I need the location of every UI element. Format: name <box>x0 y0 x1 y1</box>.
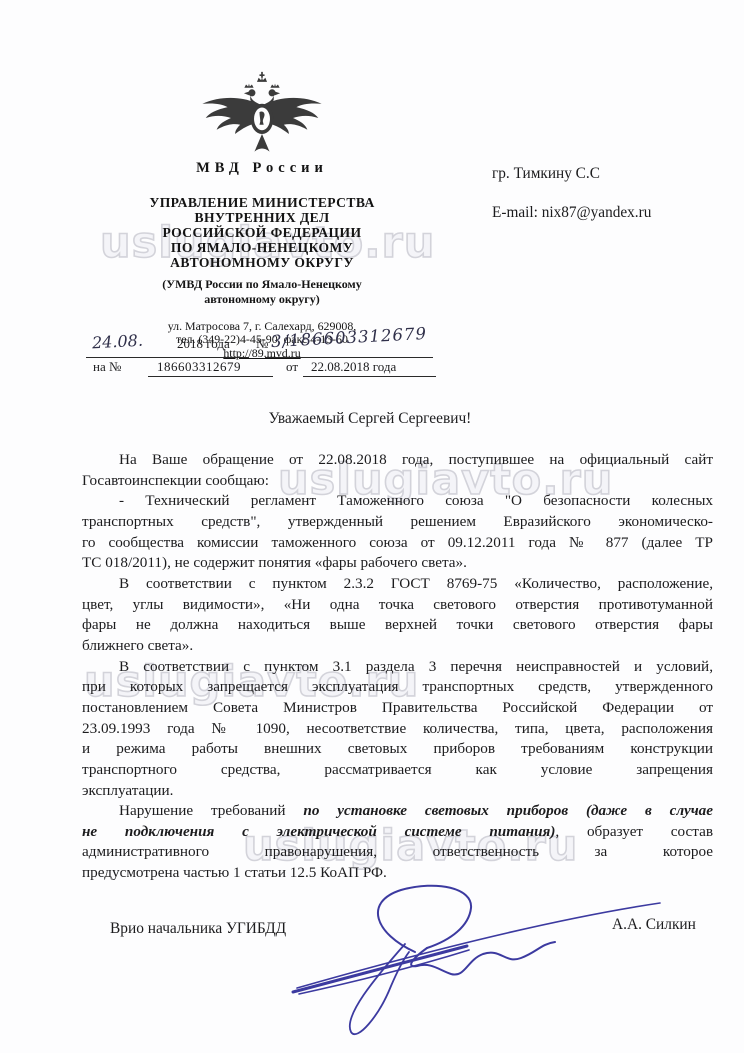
body-line: транспортного средства, рассматривается … <box>82 760 713 781</box>
org-short-name: МВД России <box>76 160 448 177</box>
body-text-segment: и режима работы внешних световых приборо… <box>82 740 713 757</box>
body-text-segment: - Технический регламент Таможенного союз… <box>119 492 713 509</box>
mvd-double-headed-eagle-icon <box>199 70 325 156</box>
body-line: фары не должна находиться выше верхней т… <box>82 615 713 636</box>
body-line: эксплуатации. <box>82 781 713 802</box>
org-line: ПО ЯМАЛО-НЕНЕЦКОМУ <box>76 240 448 255</box>
body-line: 23.09.1993 года № 1090, несоответствие к… <box>82 719 713 740</box>
body-line: не подключения с электрической системе п… <box>82 822 713 843</box>
body-text-segment: постановлением Совета Министров Правител… <box>82 699 713 716</box>
number-blank-line <box>265 357 433 358</box>
body-line: - Технический регламент Таможенного союз… <box>82 491 713 512</box>
scanned-letter-page: uslugiavto.ruuslugiavto.ruuslugiavto.ruu… <box>0 0 744 1053</box>
body-text-segment: ближнего света». <box>82 637 193 654</box>
body-text-segment: На Ваше обращение от 22.08.2018 года, по… <box>119 451 713 468</box>
in-reply-number: 186603312679 <box>157 359 241 375</box>
body-text-segment: по установке световых приборов (даже в с… <box>303 802 713 819</box>
in-reply-date-blank-line <box>303 376 436 377</box>
reference-fields: 24.08. 2018 года № 3/186603312679 на № 1… <box>84 332 450 382</box>
body-text-segment: административного правонарушения, ответс… <box>82 843 713 860</box>
body-line: административного правонарушения, ответс… <box>82 842 713 863</box>
in-reply-label: на № <box>93 359 121 375</box>
salutation: Уважаемый Сергей Сергеевич! <box>55 410 685 428</box>
org-paren-line: автономному округу) <box>76 292 448 307</box>
body-line: ближнего света». <box>82 636 713 657</box>
org-line: АВТОНОМНОМУ ОКРУГУ <box>76 255 448 270</box>
org-abbreviated-name: (УМВД России по Ямало-Ненецкому автономн… <box>76 277 448 306</box>
addressee-email: E-mail: nix87@yandex.ru <box>492 204 651 222</box>
org-line: УПРАВЛЕНИЕ МИНИСТЕРСТВА <box>76 195 448 210</box>
body-line: Госавтоинспекции сообщаю: <box>82 471 713 492</box>
outgoing-date-year: 2018 года <box>177 336 230 352</box>
addressee-block: гр. Тимкину С.С E-mail: nix87@yandex.ru <box>492 165 651 222</box>
body-text-segment: В соответствии с пунктом 3.1 раздела 3 п… <box>119 658 713 675</box>
body-line: В соответствии с пунктом 3.1 раздела 3 п… <box>82 657 713 678</box>
body-line: На Ваше обращение от 22.08.2018 года, по… <box>82 450 713 471</box>
body-text-segment: не подключения с электрической системе п… <box>82 823 555 840</box>
org-line: РОССИЙСКОЙ ФЕДЕРАЦИИ <box>76 225 448 240</box>
body-line: предусмотрена частью 1 статьи 12.5 КоАП … <box>82 863 713 884</box>
body-line: Нарушение требований по установке светов… <box>82 801 713 822</box>
in-reply-date: 22.08.2018 года <box>311 359 396 375</box>
outgoing-date-handwritten: 24.08. <box>92 331 144 353</box>
body-line: и режима работы внешних световых приборо… <box>82 739 713 760</box>
body-text-segment: цвет, углы видимости», «Ни одна точка св… <box>82 596 713 613</box>
body-text-segment: фары не должна находиться выше верхней т… <box>82 616 713 633</box>
body-text-segment: предусмотрена частью 1 статьи 12.5 КоАП … <box>82 864 387 881</box>
body-text-segment: транспортного средства, рассматривается … <box>82 761 713 778</box>
number-sign: № <box>256 336 268 352</box>
body-line: го сообщества комиссии таможенного союза… <box>82 533 713 554</box>
addressee-name: гр. Тимкину С.С <box>492 165 651 183</box>
handwritten-signature-icon <box>255 882 675 1047</box>
body-text: На Ваше обращение от 22.08.2018 года, по… <box>82 450 713 884</box>
body-text-segment: , образует состав <box>555 823 713 840</box>
body-text-segment: эксплуатации. <box>82 782 173 799</box>
body-text-segment: транспортных средств", утвержденный реше… <box>82 513 713 530</box>
org-paren-line: (УМВД России по Ямало-Ненецкому <box>76 277 448 292</box>
body-line: при которых запрещается эксплуатация тра… <box>82 677 713 698</box>
body-line: В соответствии с пунктом 2.3.2 ГОСТ 8769… <box>82 574 713 595</box>
org-line: ВНУТРЕННИХ ДЕЛ <box>76 210 448 225</box>
body-text-segment: ТС 018/2011), не содержит понятия «фары … <box>82 554 467 571</box>
body-line: транспортных средств", утвержденный реше… <box>82 512 713 533</box>
body-text-segment: 23.09.1993 года № 1090, несоответствие к… <box>82 720 713 737</box>
body-line: цвет, углы видимости», «Ни одна точка св… <box>82 595 713 616</box>
from-label: от <box>286 359 298 375</box>
in-reply-number-blank-line <box>148 376 273 377</box>
body-text-segment: В соответствии с пунктом 2.3.2 ГОСТ 8769… <box>119 575 713 592</box>
org-full-name: УПРАВЛЕНИЕ МИНИСТЕРСТВА ВНУТРЕННИХ ДЕЛ Р… <box>76 195 448 270</box>
body-text-segment: го сообщества комиссии таможенного союза… <box>82 534 713 551</box>
body-line: ТС 018/2011), не содержит понятия «фары … <box>82 553 713 574</box>
body-text-segment: Госавтоинспекции сообщаю: <box>82 472 269 489</box>
date-blank-line <box>86 357 249 358</box>
body-text-segment: при которых запрещается эксплуатация тра… <box>82 678 713 695</box>
body-line: постановлением Совета Министров Правител… <box>82 698 713 719</box>
letterhead: МВД России УПРАВЛЕНИЕ МИНИСТЕРСТВА ВНУТР… <box>76 70 448 360</box>
body-text-segment: Нарушение требований <box>119 802 303 819</box>
